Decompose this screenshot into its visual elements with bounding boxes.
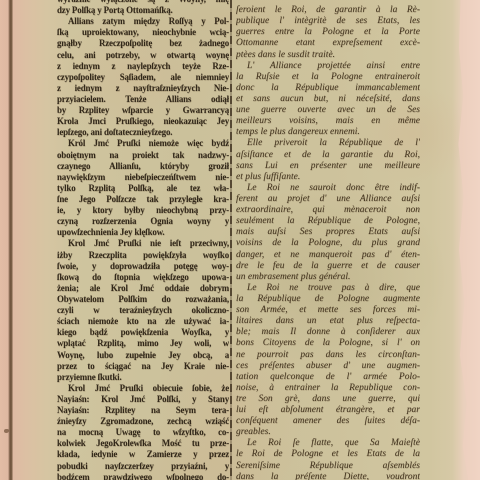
text-line: ne pourroit pas dans les circonſtan- — [236, 350, 420, 361]
text-line: un embrasement plus général. — [236, 272, 420, 283]
text-line: Le Roi ne trouve pas à dire, que — [236, 283, 420, 294]
column-french-text: ſeroient le Roi, de garantir à la Rè-pub… — [236, 0, 420, 480]
text-line: danger, et ne manqueroit pas d' éten- — [236, 250, 420, 261]
text-line: kolwiek JegoKrolewſka Mość tu prze- — [57, 438, 229, 449]
text-line: upowſzechnienia Jey klęſkow. — [57, 227, 229, 238]
text-line: voisins de la Pologne, du plus grand — [236, 238, 420, 249]
text-line: ściach niemoże kto na zle używać ia- — [57, 316, 229, 327]
text-line: ptèes dans le susdit traitè. — [236, 50, 420, 61]
text-line: Krol Jmć Pruſki nie ieſt przeciwny, — [57, 238, 229, 249]
text-line: Król Jmć Pruſki niemoże więc bydź — [57, 138, 229, 149]
text-line: przyiacielem. Tenże Allians odiął — [57, 94, 229, 105]
text-line: greables. — [236, 427, 420, 438]
text-line: ble; mais Il donne à conſiderer aux — [236, 327, 420, 338]
text-line: mais auſsi Ses propres Etats auſsi — [236, 227, 420, 238]
text-line: ces préſentes abuser d' une augmen- — [236, 361, 420, 372]
text-line: żenia; ale Krol Jmć oddaie dobrym — [57, 283, 229, 294]
text-line: lui eſt abſolument étrangère, et par — [236, 405, 420, 416]
text-line: tation quelconque de l' armée Polo- — [236, 372, 420, 383]
text-line: L' Alliance projettée ainsi entre — [236, 61, 420, 72]
text-line: une guerre ouverte avec un de Ses — [236, 105, 420, 116]
text-line: Nayiaśn: Krol Jmć Polſki, y Stany — [57, 394, 229, 405]
text-line: sans Lui en présenter une meilleure — [236, 161, 420, 172]
column-polish-text: wyraźnie wyłączone są z Woyny, między Po… — [57, 0, 229, 480]
text-line: et plus ſuffiſante. — [236, 172, 420, 183]
text-line: celu, ani potrzeby, w otwartą woynę — [57, 50, 229, 61]
text-line: czyli w teraźnieyſzych okoliczno- — [57, 305, 229, 316]
text-line: tre Son grè, dans une guerre, qui — [236, 394, 420, 405]
text-line: Allians zatym między Roſſyą y Pol- — [57, 16, 229, 27]
text-line: przez to ściągać na Jey Kraie nie- — [57, 361, 229, 372]
text-line: Woynę, lubo zupełnie Jey obcą, a — [57, 350, 229, 361]
text-line: na mocną Uwagę to wſzyſtko, co- — [57, 427, 229, 438]
text-line: Le Roi ne sauroit donc être indif- — [236, 183, 420, 194]
text-line: litaires dans un etat plus reſpecta- — [236, 316, 420, 327]
text-line: Obywatelom Polſkim do rozważania, — [57, 294, 229, 305]
text-line: dzy Polſką y Portą Ottomańſką. — [57, 5, 229, 16]
text-line: seulément la République de Pologne, — [236, 216, 420, 227]
text-line: czaynego Allianſu, któryby groził — [57, 161, 229, 172]
text-line: Elle priveroit la République de l' — [236, 138, 420, 149]
text-line: dans la préſente Diette, voudront — [236, 472, 420, 480]
text-line: ſką uproiektowany, nieochybnie wcią- — [57, 27, 229, 38]
text-line: czyną rozſzerzenia Ognia woyny y — [57, 216, 229, 227]
text-line: Ottomanne etant expreſsement excè- — [236, 38, 420, 49]
text-line: temps le plus dangereux ennemi. — [236, 127, 420, 138]
text-line: conſéquent amener des ſuites déſa- — [236, 416, 420, 427]
text-line: pobudki nayſzczerſzey przyiaźni, y — [57, 461, 229, 472]
text-line: kłada, iedynie w Zamierze y przez — [57, 449, 229, 460]
text-line: meilleurs voisins, mais en même — [236, 116, 420, 127]
text-line: le Roi de Pologne et les Etats de la — [236, 449, 420, 460]
text-line: extraordinaire, qui mènaceroit non — [236, 205, 420, 216]
text-line: iżby Rzeczplita powiękſzyła woyſko — [57, 250, 229, 261]
text-line: noise, à entrainer la Republique con- — [236, 383, 420, 394]
torn-paper-edge — [450, 0, 480, 480]
text-line: Le Roi ſe flatte, que Sa Maieſtè — [236, 438, 420, 449]
text-line: ſkową do ſtopnia więkſzego upowa- — [57, 272, 229, 283]
text-line: Krola Jmci Pruſkiego, nieokazuiąc Jey — [57, 116, 229, 127]
text-line: son Armée, et mette ses forces mi- — [236, 305, 420, 316]
text-line: by Rzplitey wſparcie y Gwarrancyą — [57, 105, 229, 116]
text-line: ſwoie, y doprowadziła potęgę woy- — [57, 261, 229, 272]
text-line: donc la République immancablement — [236, 83, 420, 94]
text-line: bons Citoyens de la Pologne, si l' on — [236, 338, 420, 349]
text-line: ſne Jego Polſzcze tak przyległe kra- — [57, 194, 229, 205]
text-line: gnąłby Rzeczpoſpolitę bez żadnego — [57, 38, 229, 49]
text-line: z iednym z naylepſzych teyże Rze- — [57, 61, 229, 72]
text-line: ie, y ktory byłby nieochybną przy- — [57, 205, 229, 216]
column-divider-rule — [230, 0, 232, 480]
text-line: tylko Rzplitą Polſką, ale tez wła- — [57, 183, 229, 194]
text-line: naywiękſzym niebeſpieczeńſtwem nie- — [57, 172, 229, 183]
text-line: Krol Jmć Pruſki obiecuie ſobie, że — [57, 383, 229, 394]
text-line: przyiemne ſkutki. — [57, 372, 229, 383]
text-line: ſeroient le Roi, de garantir à la Rè- — [236, 5, 420, 16]
text-line: ferent au projet d' une Alliance auſsi — [236, 194, 420, 205]
text-line: Sereniſsime République aſsemblés — [236, 461, 420, 472]
text-line: Nayiaśn: Rzplitey na Seym tera- — [57, 405, 229, 416]
scanned-newspaper-page: wyraźnie wyłączone są z Woyny, między Po… — [0, 0, 480, 480]
text-line: źnieyſzy Zgromadzone, zechcą wziąść — [57, 416, 229, 427]
text-line: guerres entre la Pologne et la Porte — [236, 27, 420, 38]
ink-speck — [4, 429, 9, 433]
text-line: la Ruſsie et la Pologne entraineroit — [236, 72, 420, 83]
text-line: et sans aucun but, ni néceſsité, dans — [236, 94, 420, 105]
text-line: aſsiſtance et de la garantie du Roi, — [236, 150, 420, 161]
text-line: publique l' intègritè de ses Etats, les — [236, 16, 420, 27]
text-line: lepſzego, ani doſtatecznieyſzego. — [57, 127, 229, 138]
text-line: wplątać Rzplitą, mimo Jey woli, w — [57, 338, 229, 349]
text-line: la République de Pologne augmente — [236, 294, 420, 305]
text-line: kiego bądź powiękſzenia Woyſka, y — [57, 327, 229, 338]
text-line: czypoſpolitey Sąſiadem, ale niemniey — [57, 72, 229, 83]
text-line: z iednym z nayſtraſznieyſzych Nie- — [57, 83, 229, 94]
text-line: oboiętnym na proiekt tak nadzwy- — [57, 150, 229, 161]
text-line: dre le feu de la guerre et de causer — [236, 261, 420, 272]
text-line: bodźcem prawdziwego wſpolnego do- — [57, 472, 229, 480]
